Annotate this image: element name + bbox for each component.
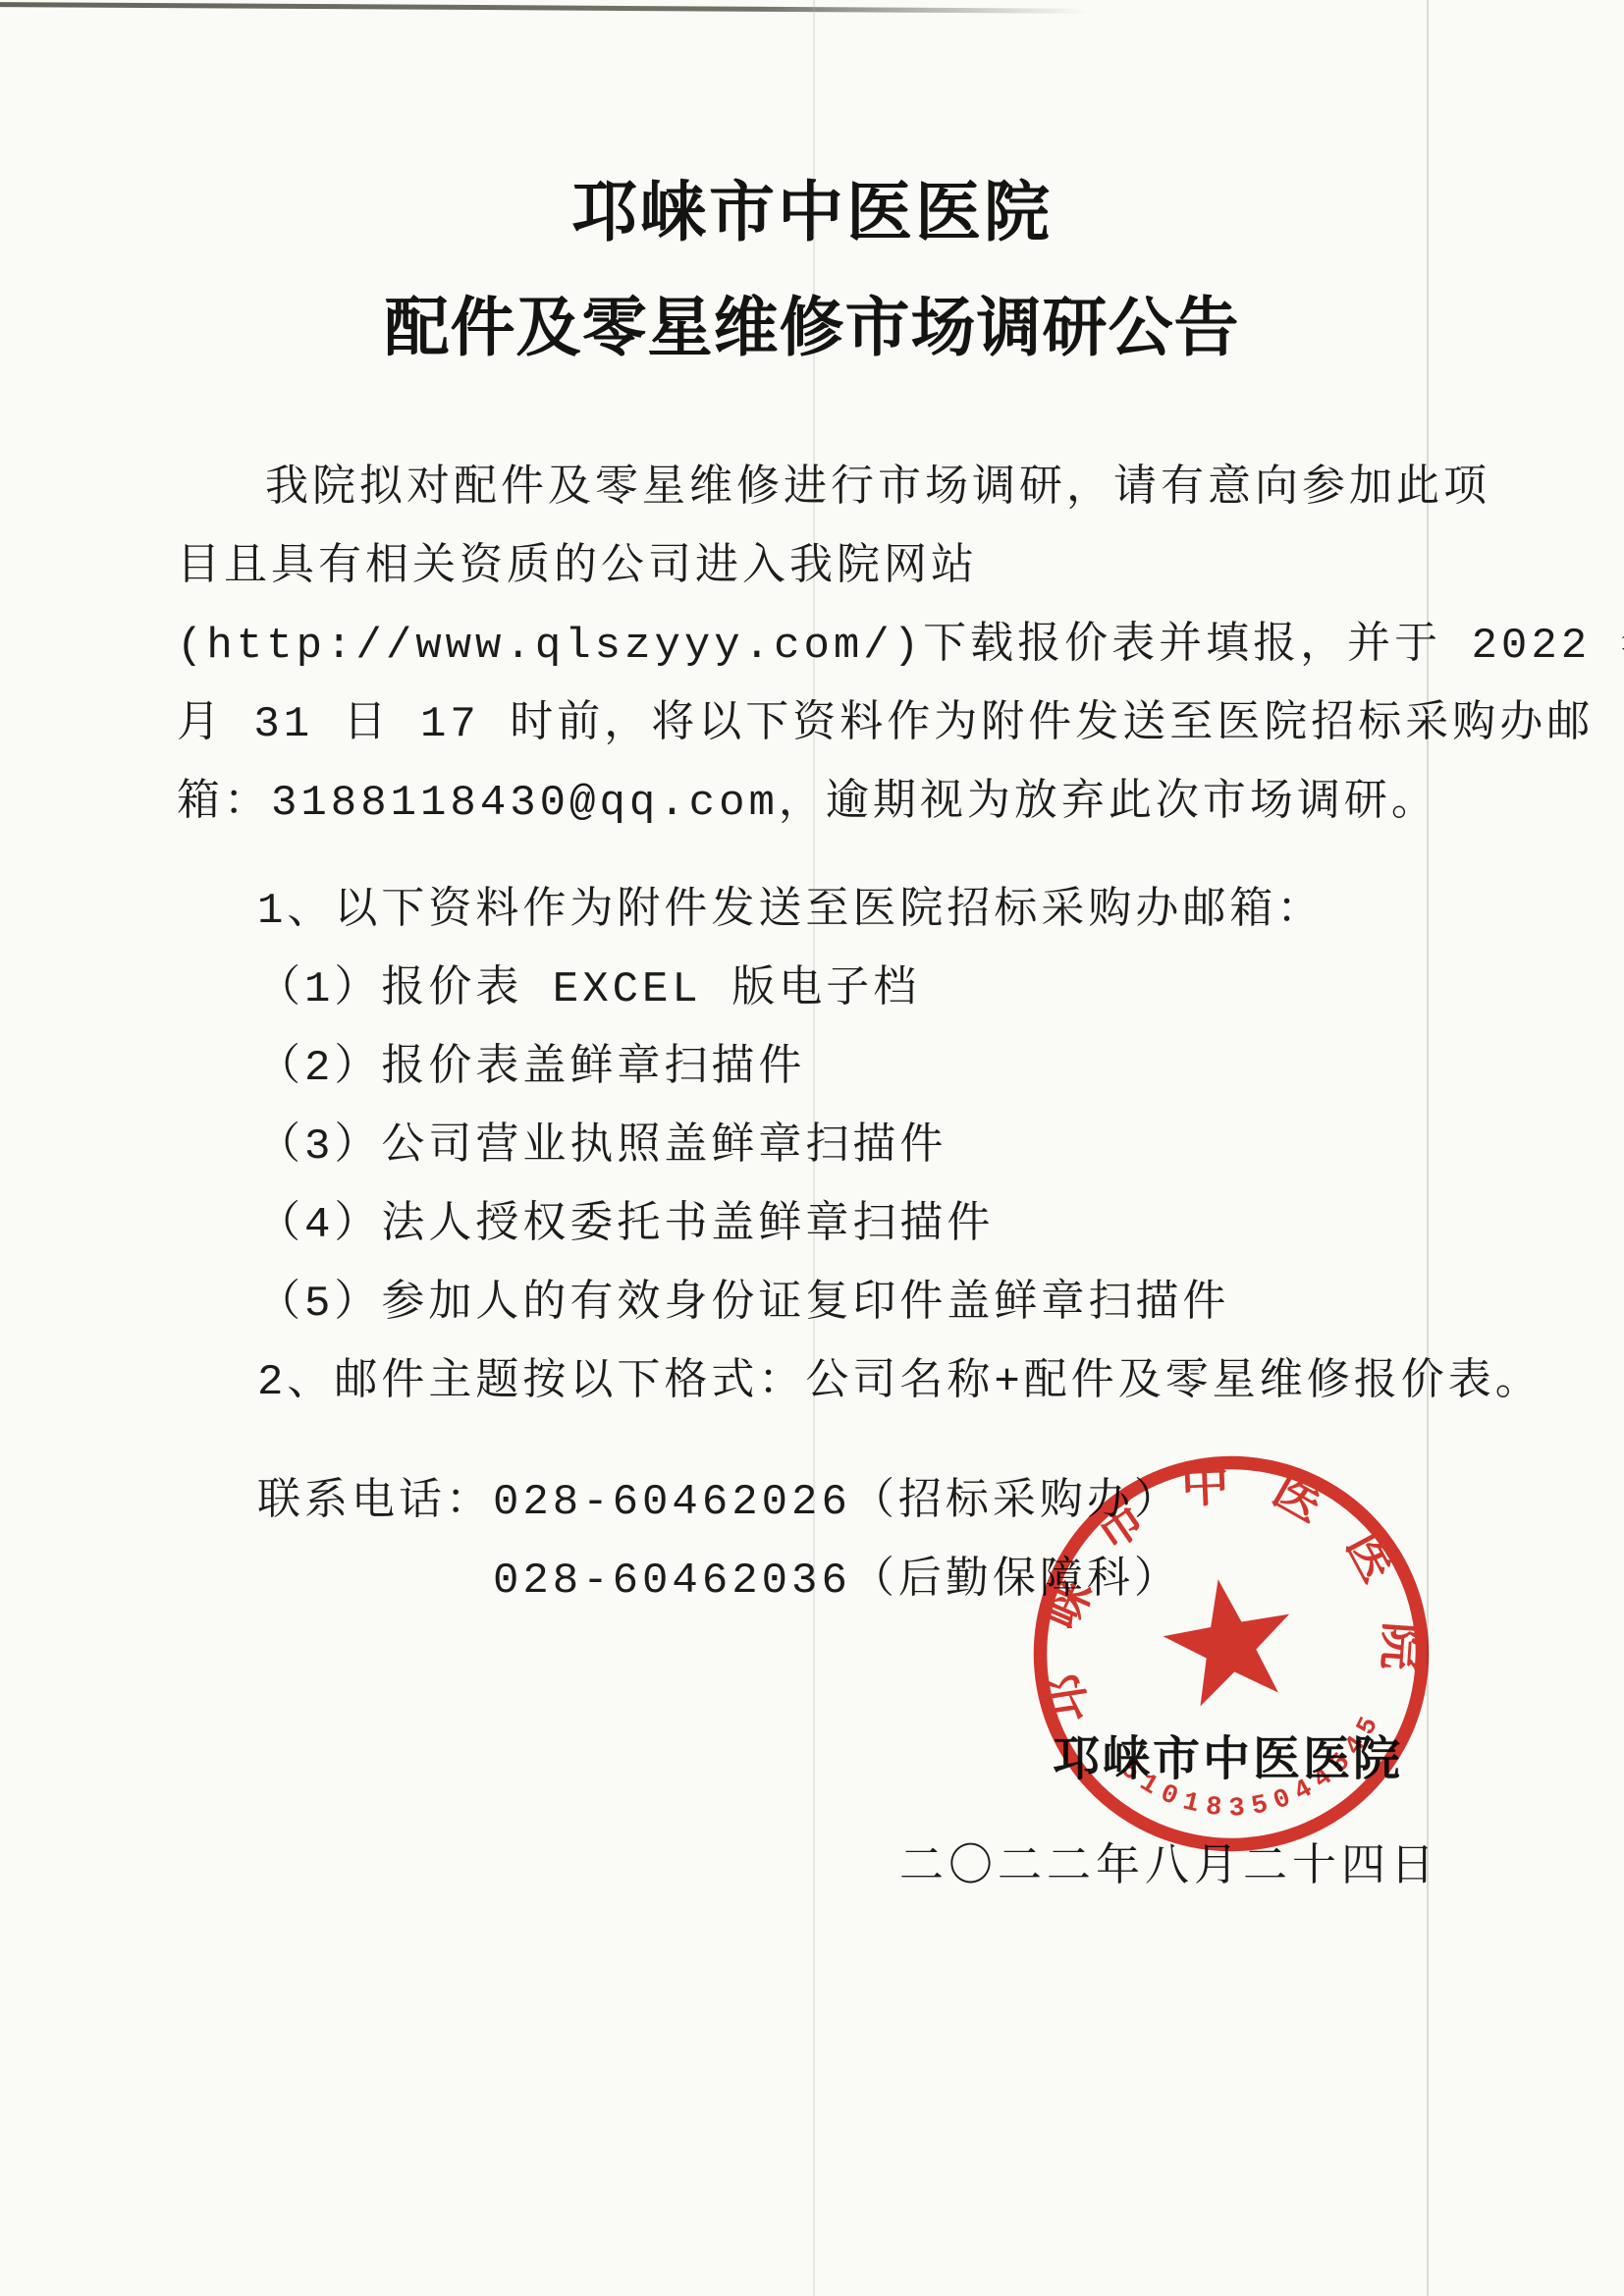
intro-line: 目且具有相关资质的公司进入我院网站 <box>177 528 1516 607</box>
intro-line-url: (http://www.qlszyyy.com/)下载报价表并填报，并于 202… <box>177 607 1516 685</box>
subject-format-line: 2、邮件主题按以下格式：公司名称+配件及零星维修报价表。 <box>177 1343 1516 1422</box>
document-title-line2: 配件及零星维修市场调研公告 <box>0 297 1624 361</box>
intro-line-email: 箱：3188118430@qq.com，逾期视为放弃此次市场调研。 <box>177 764 1516 843</box>
intro-line: 月 31 日 17 时前，将以下资料作为附件发送至医院招标采购办邮 <box>177 685 1516 764</box>
contact-phone-line1: 联系电话：028-60462026（招标采购办） <box>177 1463 1516 1542</box>
list-item: （3）公司营业执照盖鲜章扫描件 <box>177 1108 1516 1186</box>
document-title-line1: 邛崃市中医医院 <box>0 181 1624 246</box>
list-item: （5）参加人的有效身份证复印件盖鲜章扫描件 <box>177 1265 1516 1343</box>
list-item: （2）报价表盖鲜章扫描件 <box>177 1029 1516 1108</box>
list-item: （1）报价表 EXCEL 版电子档 <box>177 951 1516 1029</box>
signature-date: 二〇二二年八月二十四日 <box>899 1829 1439 1893</box>
scanned-document-page: 邛崃市中医医院 配件及零星维修市场调研公告 我院拟对配件及零星维修进行市场调研，… <box>0 0 1624 2296</box>
scanner-edge-line <box>0 2 1088 14</box>
document-body: 我院拟对配件及零星维修进行市场调研，请有意向参加此项 目且具有相关资质的公司进入… <box>177 450 1516 1620</box>
signature-organization: 邛崃市中医医院 <box>1053 1721 1403 1788</box>
list-item: （4）法人授权委托书盖鲜章扫描件 <box>177 1186 1516 1265</box>
intro-line: 我院拟对配件及零星维修进行市场调研，请有意向参加此项 <box>177 450 1516 528</box>
contact-phone-line2: 028-60462036（后勤保障科） <box>177 1542 1516 1620</box>
list-heading: 1、以下资料作为附件发送至医院招标采购办邮箱： <box>177 872 1516 951</box>
